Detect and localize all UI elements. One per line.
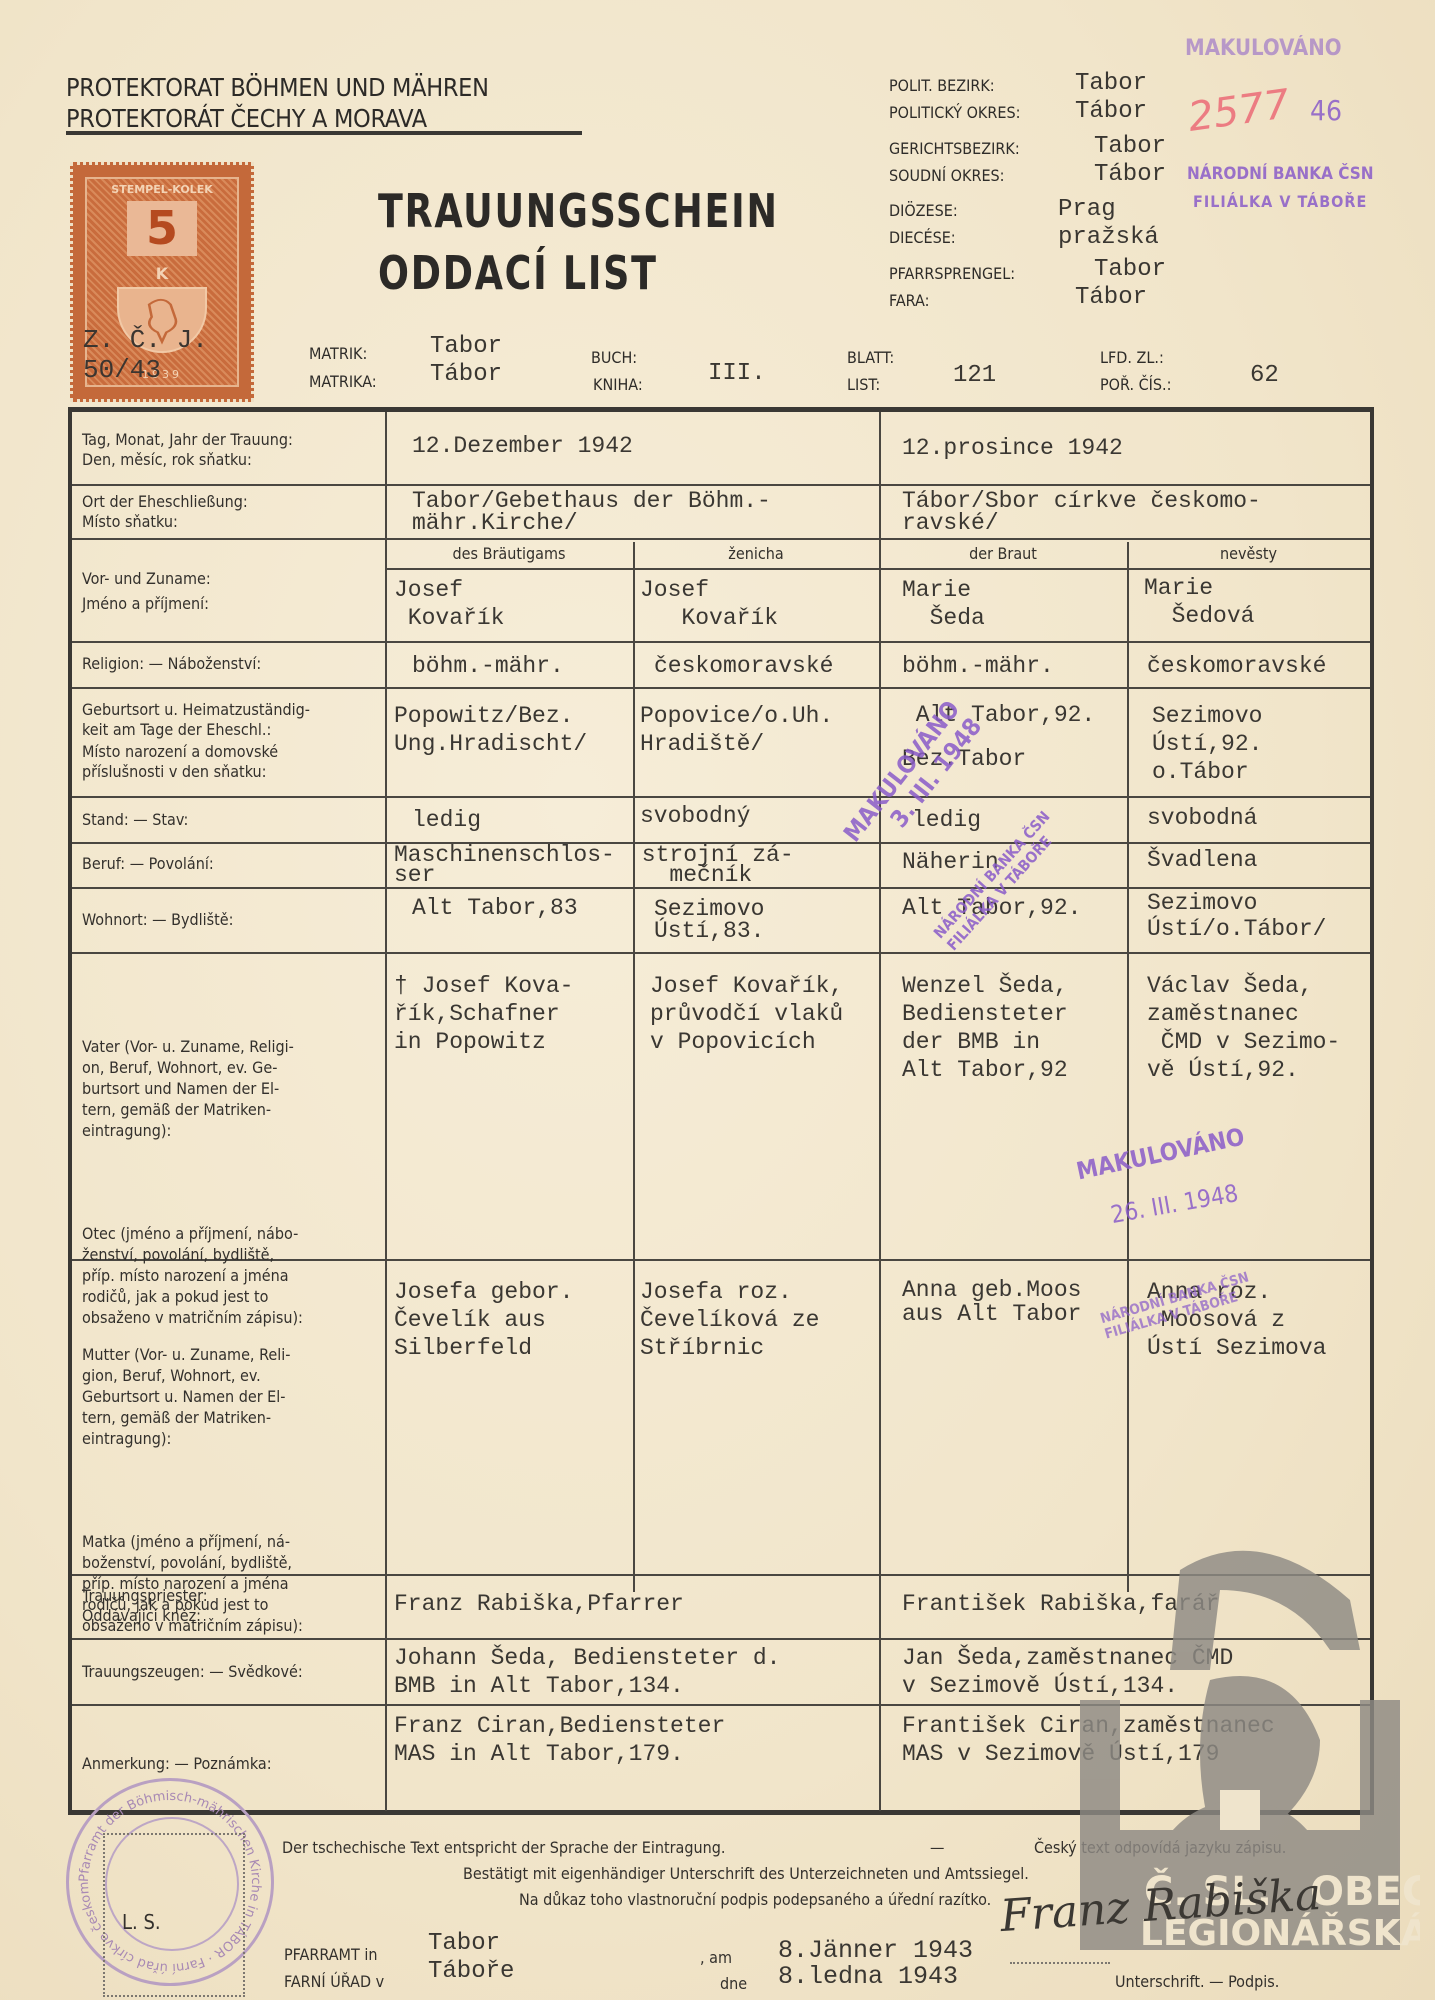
priest-de: Franz Rabiška,Pfarrer: [394, 1590, 684, 1618]
date-label: Tag, Monat, Jahr der Trauung: Den, měsíc…: [82, 430, 293, 470]
confirm-de: Bestätigt mit eigenhändiger Unterschrift…: [463, 1864, 1029, 1883]
protectorate-de: PROTEKTORAT BÖHMEN UND MÄHREN: [66, 72, 489, 103]
birthplace-label: Geburtsort u. Heimatzuständig- keit am T…: [82, 700, 310, 782]
remarks-de: Franz Ciran,Bediensteter MAS in Alt Tabo…: [394, 1712, 725, 1768]
groom-birthplace-de: Popowitz/Bez. Ung.Hradischt/: [394, 702, 587, 758]
signature-line: [1010, 1962, 1110, 1964]
farni-urad-label: FARNÍ ÚŘAD v: [284, 1972, 384, 1991]
dne-date: 8.ledna 1943: [778, 1962, 958, 1991]
diecese-value: pražská: [1058, 224, 1159, 251]
por-label: POŘ. ČÍS.:: [1100, 375, 1171, 394]
title-cz: ODDACÍ LIST: [378, 242, 779, 304]
matrik-value: Tabor: [430, 333, 502, 360]
header-rule: [66, 131, 582, 135]
remarks-label: Anmerkung: — Poznámka:: [82, 1754, 272, 1774]
kniha-label: KNIHA:: [593, 375, 643, 394]
col-header-bride-de: der Braut: [879, 544, 1127, 563]
stamp-number-suffix: 46: [1310, 94, 1342, 127]
bride-name-cz: Marie Šedová: [1144, 574, 1254, 630]
svg-text:OBEC: OBEC: [1310, 1869, 1420, 1915]
bride-occupation-cz: Švadlena: [1147, 846, 1257, 874]
pfarramt-label: PFARRAMT in: [284, 1945, 377, 1964]
bride-name-de: Marie Šeda: [902, 576, 985, 632]
dne-label: dne: [720, 1974, 747, 1993]
fara-value: Tábor: [1075, 284, 1147, 311]
bride-residence-cz: Sezimovo Ústí/o.Tábor/: [1147, 890, 1326, 942]
wedding-place-de: Tabor/Gebethaus der Böhm.- mähr.Kirche/: [412, 490, 771, 534]
bride-column-divider: [1127, 542, 1129, 1592]
wedding-place-cz: Tábor/Sbor církve českomo- ravské/: [902, 490, 1261, 534]
col-header-groom-cz: ženicha: [633, 544, 879, 563]
place-label: Ort der Eheschließung: Místo sňatku:: [82, 492, 248, 532]
am-date: 8.Jänner 1943: [778, 1936, 973, 1965]
title-de: TRAUUNGSSCHEIN: [378, 180, 779, 242]
col-header-groom-de: des Bräutigams: [385, 544, 633, 563]
blatt-label: BLATT:: [847, 348, 894, 367]
stamp-handwritten-number: Z. Č. J. 50/43: [83, 325, 251, 385]
pfarramt-value: Tabor: [428, 1930, 500, 1957]
diecese-label: DIECÉSE:: [889, 228, 956, 247]
matrik-label: MATRIK:: [309, 344, 367, 363]
groom-mother-cz: Josefa roz. Čevelíková ze Stříbrnic: [640, 1278, 819, 1362]
groom-name-de: Josef Kovařík: [394, 576, 504, 632]
name-label: Vor- und Zuname: Jméno a příjmení:: [82, 566, 211, 616]
soudni-okres-label: SOUDNÍ OKRES:: [889, 166, 1005, 185]
politicky-okres-value: Tábor: [1075, 98, 1147, 125]
witness-de: Johann Šeda, Bediensteter d. BMB in Alt …: [394, 1644, 780, 1700]
religion-label: Religion: — Náboženství:: [82, 654, 261, 674]
buch-label: BUCH:: [591, 348, 637, 367]
bride-status-cz: svobodná: [1147, 804, 1257, 832]
por-value: 62: [1250, 362, 1279, 389]
groom-name-cz: Josef Kovařík: [640, 576, 778, 632]
red-pencil-number: 2577: [1185, 81, 1292, 141]
groom-father-de: † Josef Kova- řík,Schafner in Popowitz: [394, 972, 573, 1056]
note-dash: —: [930, 1838, 944, 1857]
stamp-currency: K: [156, 264, 168, 283]
pfarrsprengel-value: Tabor: [1094, 256, 1166, 283]
matrika-label: MATRIKA:: [309, 372, 377, 391]
lfd-label: LFD. ZL.:: [1100, 348, 1164, 367]
politicky-okres-label: POLITICKÝ OKRES:: [889, 103, 1020, 122]
groom-status-cz: svobodný: [640, 802, 750, 830]
residence-label: Wohnort: — Bydliště:: [82, 910, 233, 930]
farni-urad-value: Táboře: [428, 1958, 514, 1985]
document-title: TRAUUNGSSCHEIN ODDACÍ LIST: [378, 180, 779, 304]
pfarrsprengel-label: PFARRSPRENGEL:: [889, 264, 1015, 283]
groom-father-cz: Josef Kovařík, průvodčí vlaků v Popovicí…: [650, 972, 843, 1056]
groom-residence-de: Alt Tabor,83: [412, 894, 578, 922]
groom-column-divider: [633, 542, 635, 1592]
gerichtsbezirk-value: Tabor: [1094, 133, 1166, 160]
bride-father-cz: Václav Šeda, zaměstnanec ČMD v Sezimo- v…: [1147, 972, 1340, 1084]
priest-label: Trauungspriester: Oddávající kněz:: [82, 1586, 208, 1626]
groom-birthplace-cz: Popovice/o.Uh. Hradiště/: [640, 702, 833, 758]
makulovano-stamp-top: MAKULOVÁNO: [1185, 36, 1342, 61]
label-column-divider: [385, 412, 387, 1811]
am-label: , am: [700, 1948, 732, 1967]
groom-mother-de: Josefa gebor. Čevelík aus Silberfeld: [394, 1278, 573, 1362]
note-de: Der tschechische Text entspricht der Spr…: [282, 1838, 725, 1857]
col-header-bride-cz: nevěsty: [1127, 544, 1370, 563]
matrika-value: Tábor: [430, 361, 502, 388]
list-value: 121: [953, 362, 996, 389]
language-column-divider: [879, 412, 881, 1811]
bride-religion-de: böhm.-mähr.: [902, 652, 1054, 680]
bank-stamp-line2: FILIÁLKA V TÁBOŘE: [1193, 192, 1367, 211]
protectorate-cz: PROTEKTORÁT ČECHY A MORAVA: [66, 103, 489, 134]
fara-label: FARA:: [889, 291, 929, 310]
polit-bezirk-label: POLIT. BEZIRK:: [889, 76, 995, 95]
witnesses-label: Trauungszeugen: — Svědkové:: [82, 1662, 303, 1682]
protectorate-header: PROTEKTORAT BÖHMEN UND MÄHREN PROTEKTORÁ…: [66, 72, 489, 134]
dioezese-value: Prag: [1058, 196, 1116, 223]
groom-status-de: ledig: [412, 806, 481, 834]
groom-religion-de: böhm.-mähr.: [412, 652, 564, 680]
groom-occupation-cz: strojní zá- mečník: [628, 845, 794, 885]
groom-religion-cz: českomoravské: [654, 652, 833, 680]
bank-stamp-line1: NÁRODNÍ BANKA ČSN: [1187, 164, 1374, 184]
bride-religion-cz: českomoravské: [1147, 652, 1326, 680]
groom-residence-cz: Sezimovo Ústí,83.: [654, 898, 764, 942]
gerichtsbezirk-label: GERICHTSBEZIRK:: [889, 139, 1020, 158]
ls-label: L. S.: [122, 1910, 161, 1934]
wedding-date-cz: 12.prosince 1942: [902, 434, 1123, 462]
wedding-date-de: 12.Dezember 1942: [412, 432, 633, 460]
groom-occupation-de: Maschinenschlos- ser: [394, 845, 615, 885]
stamp-value: 5: [127, 201, 197, 256]
soudni-okres-value: Tábor: [1094, 161, 1166, 188]
confirm-cz: Na důkaz toho vlastnoruční podpis podeps…: [519, 1890, 991, 1909]
signature-label: Unterschrift. — Podpis.: [1115, 1972, 1279, 1991]
bride-birthplace-cz: Sezimovo Ústí,92. o.Tábor: [1152, 702, 1262, 786]
revenue-stamp: STEMPEL-KOLEK 5 K 1939 Z. Č. J. 50/43: [70, 162, 254, 402]
bride-father-de: Wenzel Šeda, Bediensteter der BMB in Alt…: [902, 972, 1068, 1084]
kniha-value: III.: [708, 360, 766, 387]
stamp-top-text: STEMPEL-KOLEK: [87, 183, 237, 196]
status-label: Stand: — Stav:: [82, 810, 188, 830]
polit-bezirk-value: Tabor: [1075, 70, 1147, 97]
dioezese-label: DIÖZESE:: [889, 201, 958, 220]
bride-mother-de: Anna geb.Moos aus Alt Tabor: [902, 1278, 1081, 1326]
list-label: LIST:: [847, 375, 880, 394]
occupation-label: Beruf: — Povolání:: [82, 854, 214, 874]
